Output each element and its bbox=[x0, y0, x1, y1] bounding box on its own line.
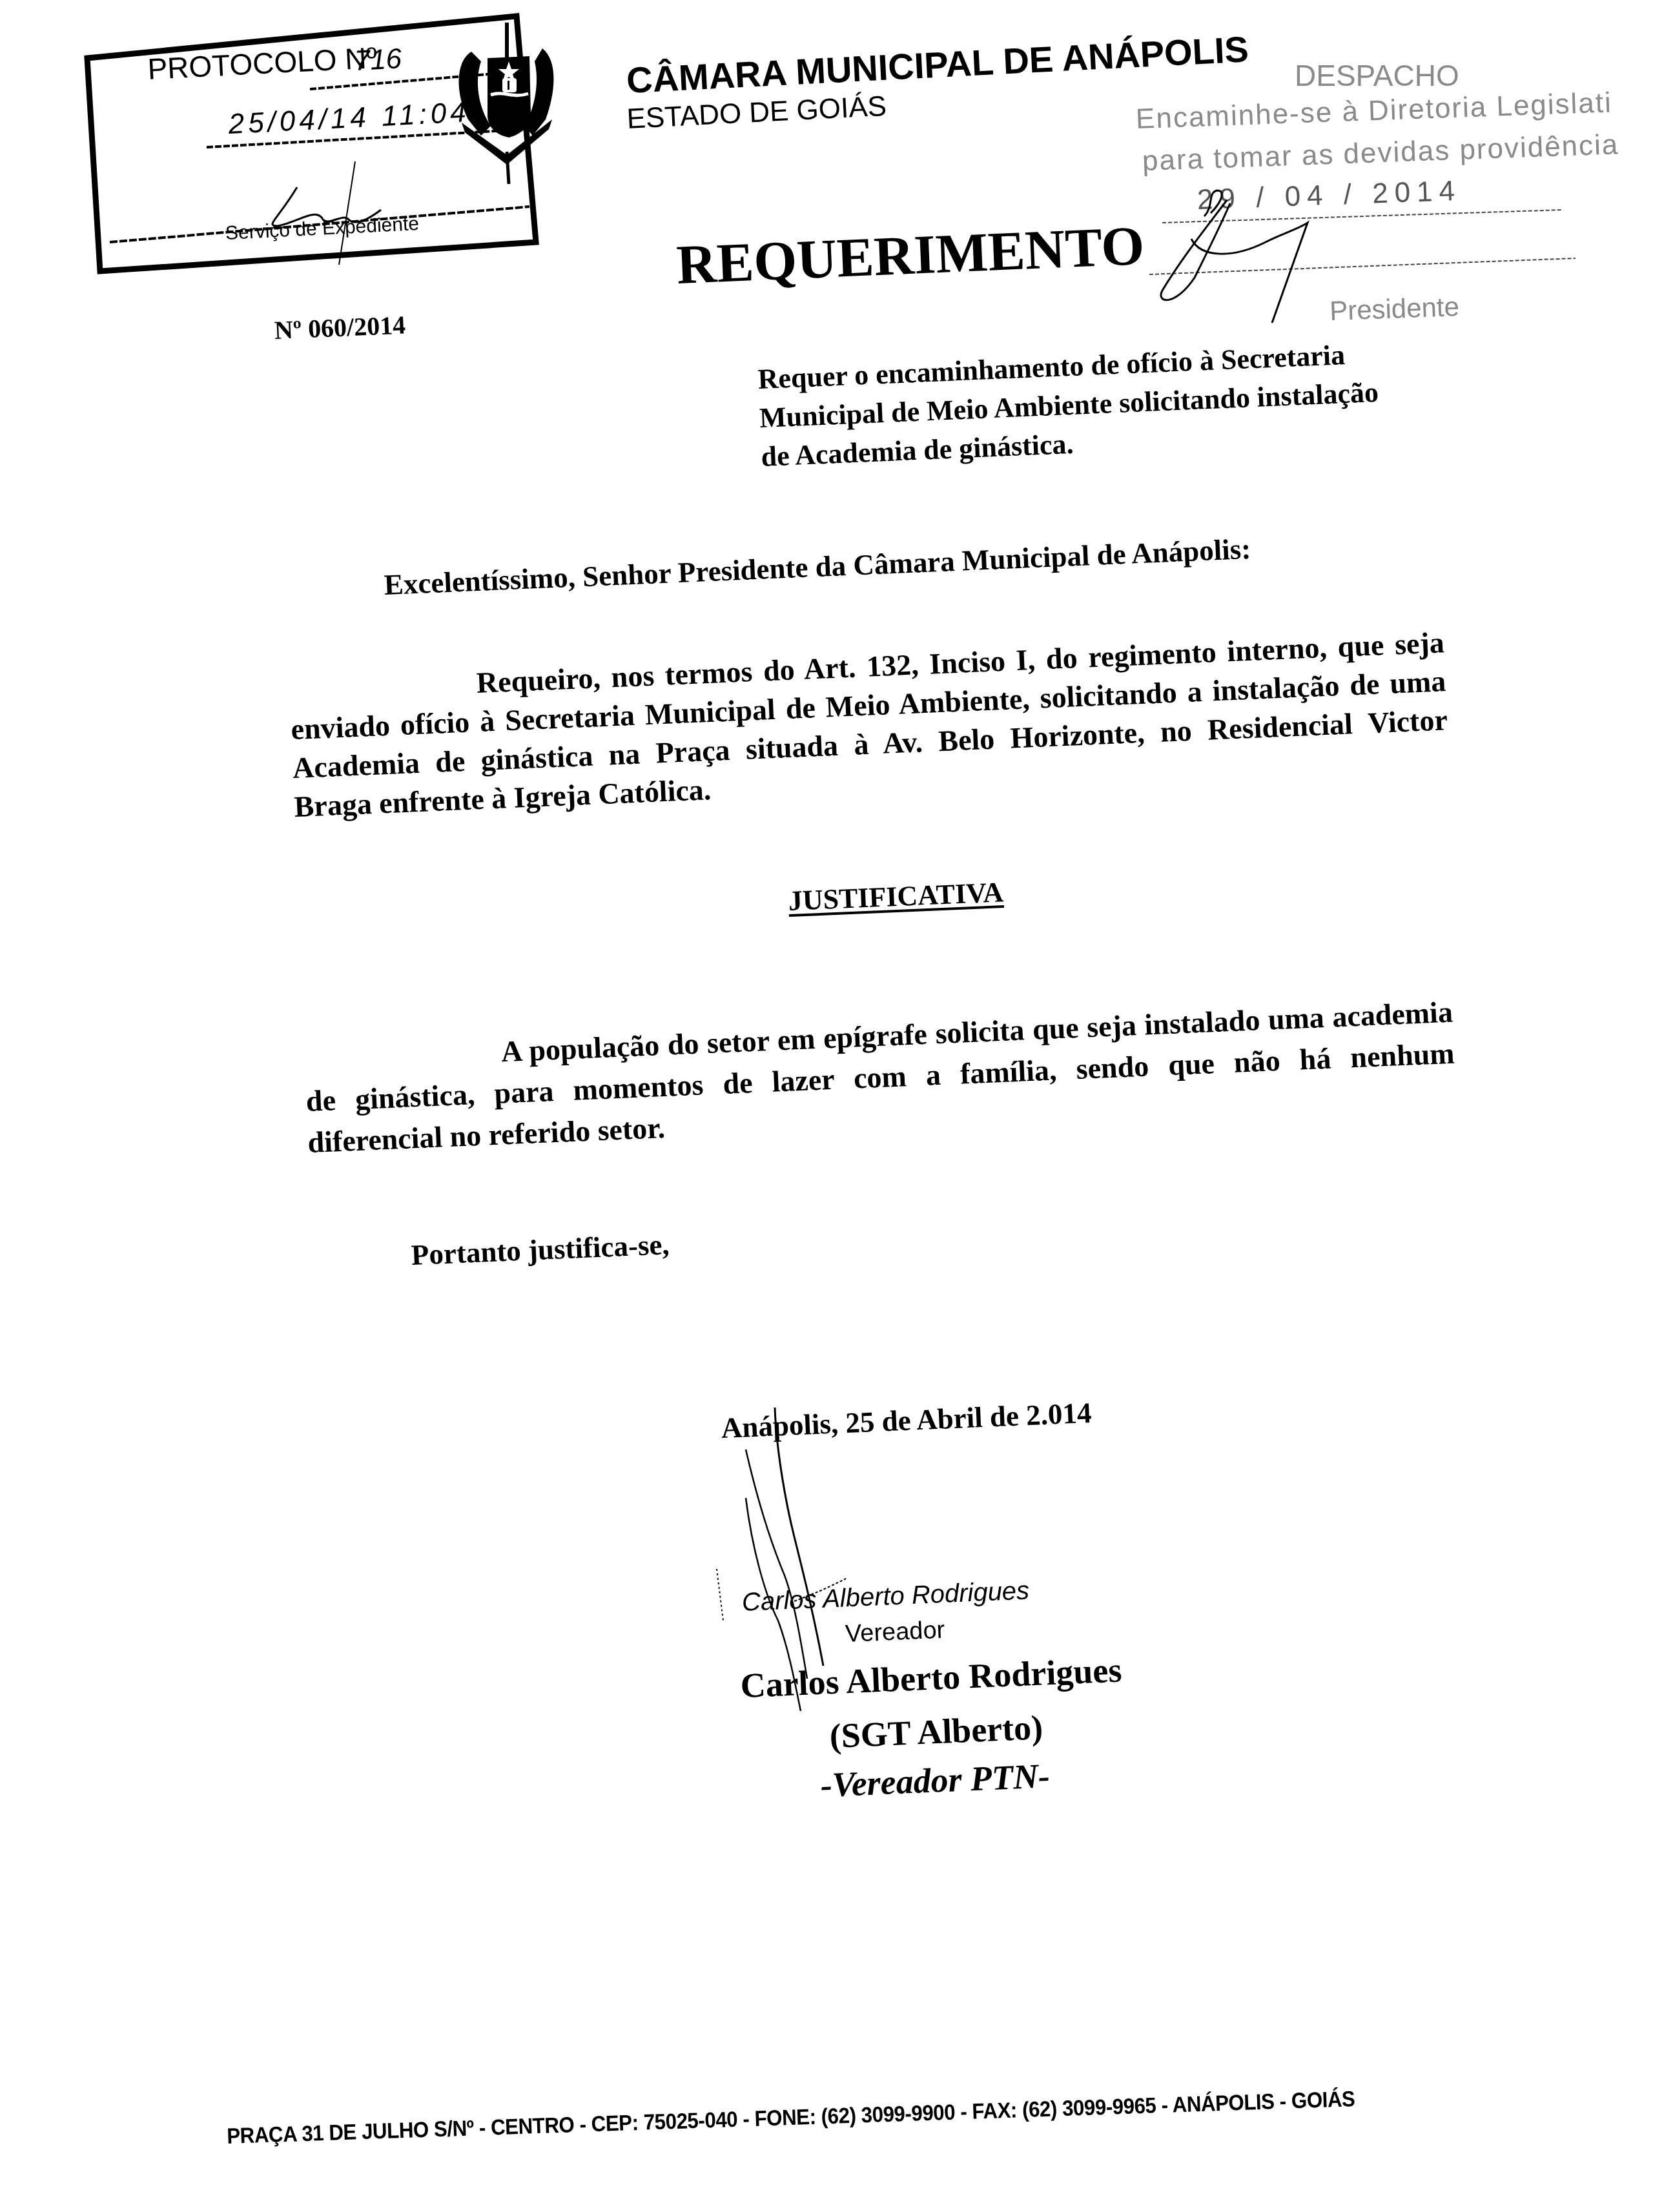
justification-heading: JUSTIFICATIVA bbox=[788, 876, 1004, 917]
despacho-signatory: Presidente bbox=[1329, 291, 1459, 327]
document-summary: Requer o encaminhamento de ofício à Secr… bbox=[757, 331, 1459, 476]
despacho-stamp: DESPACHO Encaminhe-se à Diretoria Legisl… bbox=[1124, 52, 1640, 336]
body-paragraph: Requeiro, nos termos do Art. 132, Inciso… bbox=[289, 623, 1450, 826]
despacho-signature-icon bbox=[1124, 52, 1640, 336]
signatory-role: -Vereador PTN- bbox=[819, 1756, 1051, 1805]
signatory-nickname: (SGT Alberto) bbox=[828, 1707, 1043, 1756]
justification-paragraph: A população do setor em epígrafe solicit… bbox=[303, 992, 1457, 1163]
coat-of-arms-icon bbox=[452, 23, 562, 184]
salutation: Excelentíssimo, Senhor Presidente da Câm… bbox=[384, 532, 1251, 602]
document-number: Nº 060/2014 bbox=[274, 310, 406, 345]
footer-address: PRAÇA 31 DE JULHO S/Nº - CENTRO - CEP: 7… bbox=[227, 2087, 1355, 2149]
document-title: REQUERIMENTO bbox=[675, 213, 1145, 297]
closing-text: Portanto justifica-se, bbox=[411, 1227, 670, 1272]
signature-stamp-role: Vereador bbox=[845, 1617, 945, 1648]
protocol-number: 716 bbox=[353, 43, 402, 77]
